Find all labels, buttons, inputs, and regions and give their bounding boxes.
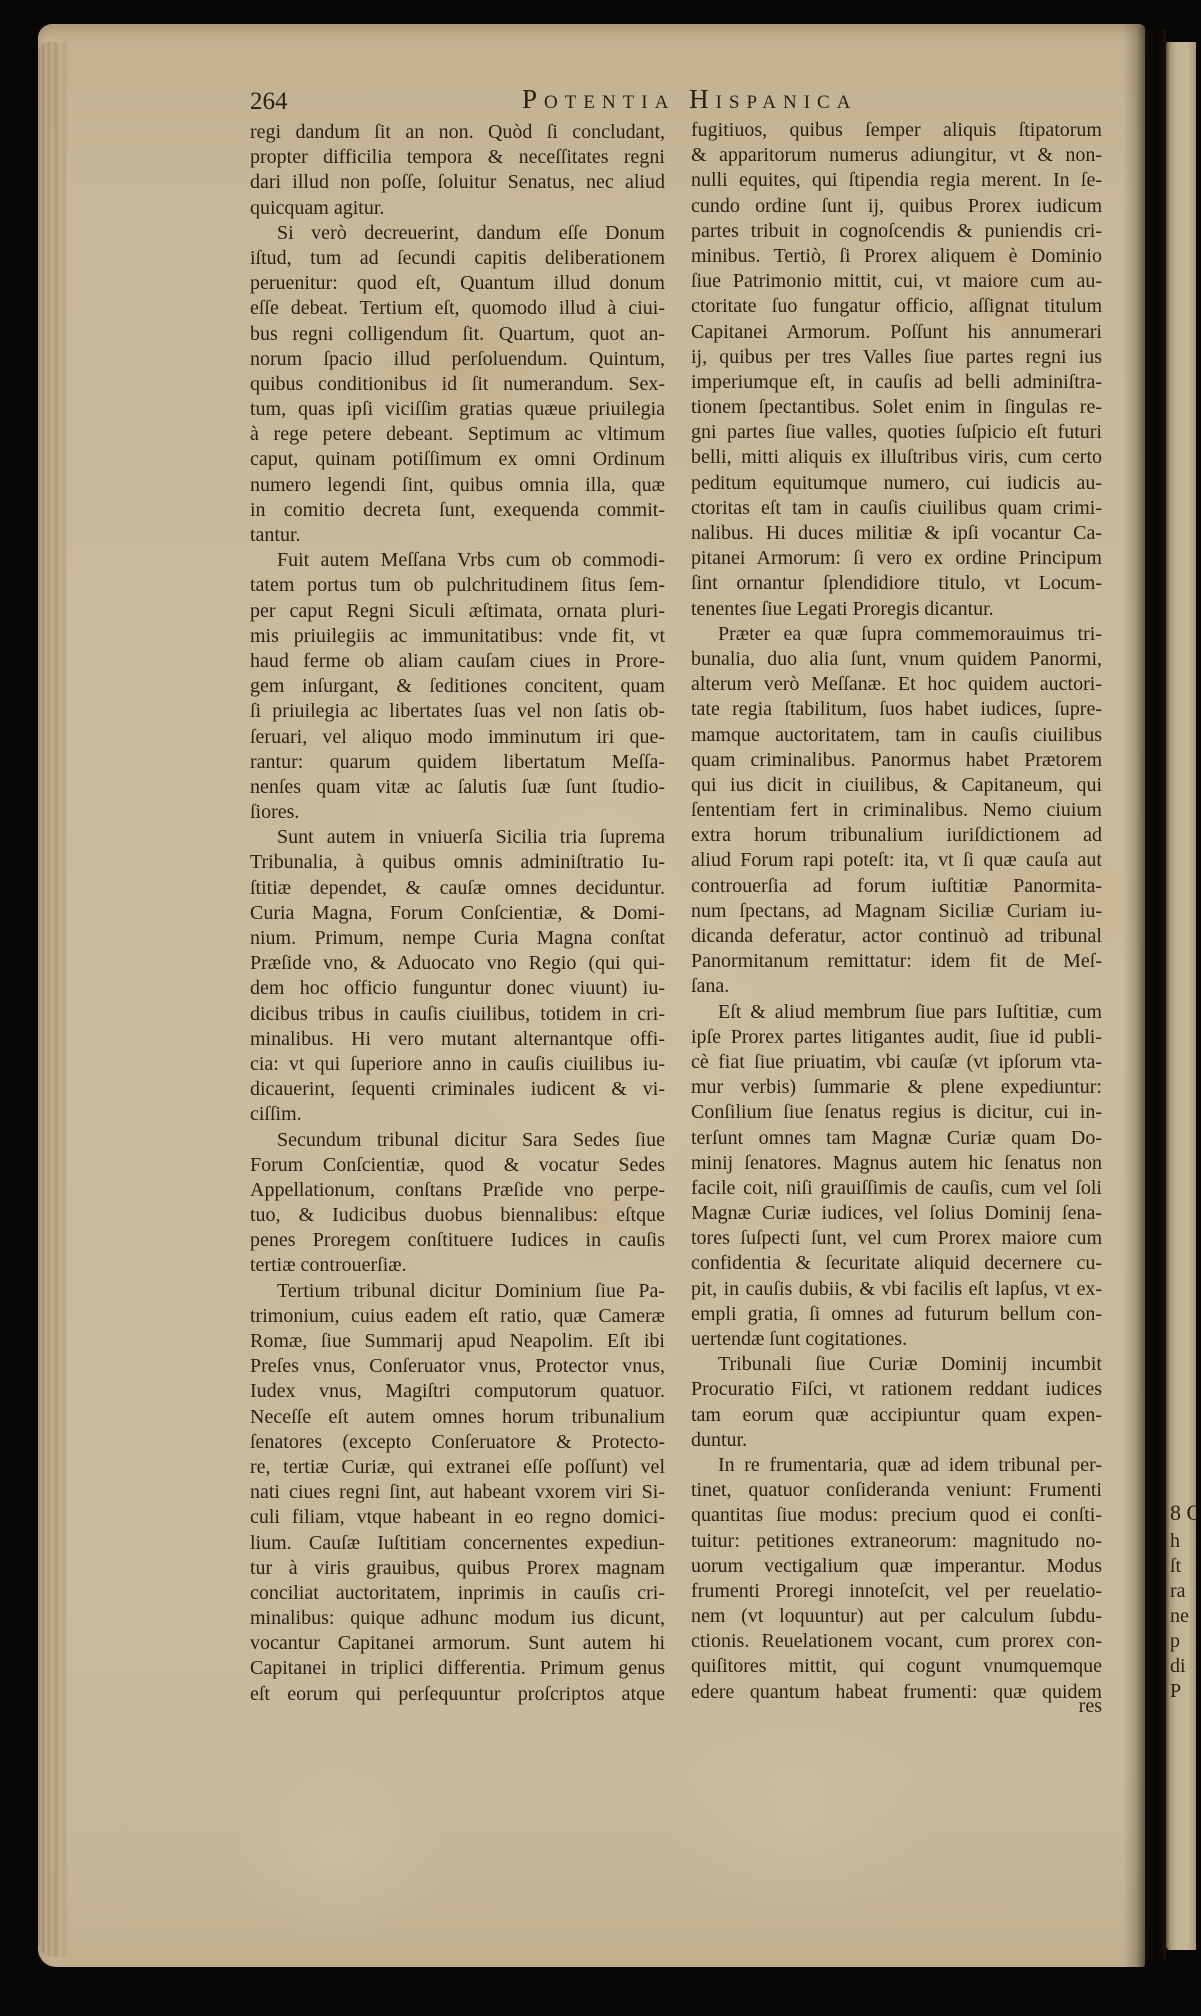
text-line: uorum vectigalium quæ imperantur. Modus: [691, 1554, 1102, 1579]
text-line: ſtitiæ dependet, & cauſæ omnes deciduntu…: [250, 876, 665, 901]
text-line: norum ſpacio illud perſoluendum. Quintum…: [250, 347, 665, 372]
text-line: haud ferme ob aliam cauſam ciues in Pror…: [250, 649, 665, 674]
facing-page-text-fragments: 8 QhſtranepdiP: [1170, 1497, 1196, 1704]
text-line: nium. Primum, nempe Curia Magna conſtat: [250, 926, 665, 951]
text-line: dicauerint, ſequenti criminales iudicent…: [250, 1077, 665, 1102]
text-line: num ſpectans, ad Magnam Siciliæ Curiam i…: [691, 899, 1102, 924]
text-line: tionem ſpectantibus. Solet enim in ſingu…: [691, 395, 1102, 420]
text-line: nenſes quam vitæ ac ſalutis ſuæ ſunt ſtu…: [250, 775, 665, 800]
text-line: In re frumentaria, quæ ad idem tribunal …: [691, 1453, 1102, 1478]
text-line: caput, quinam potiſſimum ex omni Ordinum: [250, 447, 665, 472]
text-line: re, tertiæ Curiæ, qui extranei eſſe poſſ…: [250, 1455, 665, 1480]
text-line: Neceſſe eſt autem omnes horum tribunaliu…: [250, 1405, 665, 1430]
text-line: Forum Conſcientiæ, quod & vocatur Sedes: [250, 1153, 665, 1178]
text-line: Sunt autem in vniuerſa Sicilia tria ſupr…: [250, 825, 665, 850]
text-line: mur verbis) ſummarie & plene expediuntur…: [691, 1075, 1102, 1100]
text-line: Appellationum, conſtans Præſide vno perp…: [250, 1178, 665, 1203]
text-line: Capitanei in triplici differentia. Primu…: [250, 1656, 665, 1681]
text-line: tantur.: [250, 523, 665, 548]
text-line: mis priuilegiis ac immunitatibus: vnde f…: [250, 624, 665, 649]
facing-page-fragment: ne: [1170, 1604, 1196, 1629]
text-line: peditum equitumque numero, cui iudicis a…: [691, 471, 1102, 496]
text-line: ſiores.: [250, 800, 665, 825]
text-line: bus regni colligendum ſit. Quartum, quot…: [250, 322, 665, 347]
facing-page-fragment: P: [1170, 1679, 1196, 1704]
text-line: nati ciues regni ſint, aut habeant vxore…: [250, 1480, 665, 1505]
text-line: tuo, & Iudicibus duobus biennalibus: eſt…: [250, 1203, 665, 1228]
text-column-left: regi dandum ſit an non. Quòd ſi concluda…: [250, 120, 665, 1707]
text-line: eſſe debeat. Tertium eſt, quomodo illud …: [250, 296, 665, 321]
text-line: Romæ, ſiue Summarij apud Neapolim. Eſt i…: [250, 1329, 665, 1354]
text-line: ſana.: [691, 974, 1102, 999]
text-line: penes Proregem conſtituere Iudices in ca…: [250, 1228, 665, 1253]
text-line: Secundum tribunal dicitur Sara Sedes ſiu…: [250, 1128, 665, 1153]
facing-page-fragment: h: [1170, 1529, 1196, 1554]
facing-page-fragment: 8 Q: [1170, 1497, 1196, 1529]
text-line: in comitio decreta ſunt, exequenda commi…: [250, 498, 665, 523]
facing-page-fragment: di: [1170, 1654, 1196, 1679]
text-line: minalibus. Hi vero mutant alternantque o…: [250, 1027, 665, 1052]
text-line: dicibus tribus in cauſis ciuilibus, toti…: [250, 1002, 665, 1027]
text-line: duntur.: [691, 1428, 1102, 1453]
text-line: regi dandum ſit an non. Quòd ſi concluda…: [250, 120, 665, 145]
text-line: dicanda deferatur, actor continuò ad tri…: [691, 924, 1102, 949]
text-line: rantur: quarum quidem libertatum Meſſa-: [250, 750, 665, 775]
book-gutter: [1145, 30, 1166, 1960]
text-line: dem hoc officio funguntur donec viuunt) …: [250, 976, 665, 1001]
text-line: nalibus. Hi duces militiæ & ipſi vocantu…: [691, 521, 1102, 546]
text-line: nem (vt loquuntur) aut per calculum ſubd…: [691, 1604, 1102, 1629]
text-line: tatem portus tum ob pulchritudinem ſitus…: [250, 573, 665, 598]
text-line: fugitiuos, quibus ſemper aliquis ſtipato…: [691, 118, 1102, 143]
text-line: Procuratio Fiſci, vt rationem reddant iu…: [691, 1377, 1102, 1402]
text-line: tum, quas ipſi viciſſim gratias quæue pr…: [250, 397, 665, 422]
text-line: bunalia, duo alia ſunt, vnum quidem Pano…: [691, 647, 1102, 672]
text-line: ctoritate ſuo fungatur officio, aſſignat…: [691, 294, 1102, 319]
text-line: minalibus: quique adhunc modum ius dicun…: [250, 1606, 665, 1631]
text-line: per caput Regni Siculi æſtimata, ornata …: [250, 599, 665, 624]
text-line: conciliat auctoritatem, inprimis in cauſ…: [250, 1581, 665, 1606]
text-line: quantitas ſiue modus: precium quod ei co…: [691, 1503, 1102, 1528]
text-line: ctoritas eſt tam in cauſis ciuilibus qua…: [691, 496, 1102, 521]
text-line: Conſilium ſiue ſenatus regius is dicitur…: [691, 1100, 1102, 1125]
text-line: uertendæ ſunt cogitationes.: [691, 1327, 1102, 1352]
text-line: mamque auctoritatem, tam in cauſis ciuil…: [691, 723, 1102, 748]
text-line: ciſſim.: [250, 1102, 665, 1127]
text-line: gem inſurgant, & ſeditiones concitent, q…: [250, 674, 665, 699]
text-line: tenentes ſiue Legati Proregis dicantur.: [691, 597, 1102, 622]
text-line: Si verò decreuerint, dandum eſſe Donum: [250, 221, 665, 246]
facing-page-fragment: ſt: [1170, 1554, 1196, 1579]
text-line: controuerſia ad forum iuſtitiæ Panormita…: [691, 874, 1102, 899]
text-line: Preſes vnus, Conſeruator vnus, Protector…: [250, 1354, 665, 1379]
facing-page-fragment: p: [1170, 1629, 1196, 1654]
text-line: ſiue Patrimonio mittit, cui, vt maiore c…: [691, 269, 1102, 294]
text-line: ſeruari, vel aliquo modo imminutum iri q…: [250, 725, 665, 750]
text-line: peruenitur: quod eſt, Quantum illud donu…: [250, 271, 665, 296]
text-line: tam eorum quæ accipiuntur quam expen-: [691, 1403, 1102, 1428]
text-line: ij, quibus per tres Valles ſiue partes r…: [691, 345, 1102, 370]
text-line: Tribunali ſiue Curiæ Dominij incumbit: [691, 1352, 1102, 1377]
text-line: qui ius dicit in ciuilibus, & Capitaneum…: [691, 773, 1102, 798]
text-line: Præter ea quæ ſupra commemorauimus tri-: [691, 622, 1102, 647]
text-line: iſtud, tum ad ſecundi capitis deliberati…: [250, 246, 665, 271]
text-line: culi filiam, vtque habeant in eo regno d…: [250, 1505, 665, 1530]
text-line: partes tribuit in cognoſcendis & puniend…: [691, 219, 1102, 244]
text-line: aliud Forum rapi poteſt: ita, vt ſi quæ …: [691, 848, 1102, 873]
text-column-right: fugitiuos, quibus ſemper aliquis ſtipato…: [691, 118, 1102, 1705]
text-line: propter difficilia tempora & neceſſitate…: [250, 145, 665, 170]
facing-page-fragment: ra: [1170, 1579, 1196, 1604]
text-line: belli, mitti aliquis ex illuſtribus viri…: [691, 445, 1102, 470]
text-line: quibus conditionibus id ſit numerandum. …: [250, 372, 665, 397]
text-line: confidentia & ſecuritate aliquid decerne…: [691, 1251, 1102, 1276]
page-number: 264: [250, 86, 288, 118]
text-line: cia: vt qui ſuperiore anno in cauſis ciu…: [250, 1052, 665, 1077]
text-line: Panormitanum remittatur: idem fit de Meſ…: [691, 949, 1102, 974]
text-line: imperiumque eſt, in cauſis ad belli admi…: [691, 370, 1102, 395]
text-line: minibus. Tertiò, ſi Prorex aliquem è Dom…: [691, 244, 1102, 269]
text-line: à rege petere debeant. Septimum ac vltim…: [250, 422, 665, 447]
text-line: gni partes ſiue valles, quoties ſuſpicio…: [691, 420, 1102, 445]
text-line: tuitur: petitiones extraneorum: magnitud…: [691, 1529, 1102, 1554]
text-line: pit, in cauſis dubiis, & vbi facilis eſt…: [691, 1277, 1102, 1302]
text-line: nulli equites, qui ſtipendia regia meren…: [691, 168, 1102, 193]
text-line: Curia Magna, Forum Conſcientiæ, & Domi-: [250, 901, 665, 926]
text-line: cè fiat ſiue priuatim, vbi cauſæ (vt ipſ…: [691, 1050, 1102, 1075]
text-line: ctionis. Reuelationem vocant, cum prorex…: [691, 1629, 1102, 1654]
text-line: trimonium, cuius eadem eſt ratio, quæ Ca…: [250, 1304, 665, 1329]
running-head: Potentia Hispanica: [522, 82, 857, 116]
text-line: alterum verò Meſſanæ. Et hoc quidem auct…: [691, 672, 1102, 697]
text-line: ipſe Prorex partes litigantes audit, ſiu…: [691, 1025, 1102, 1050]
text-line: tur à viris grauibus, quibus Prorex magn…: [250, 1556, 665, 1581]
text-line: eſt eorum qui perſequuntur proſcriptos a…: [250, 1682, 665, 1707]
text-line: minij ſenatores. Magnus autem hic ſenatu…: [691, 1151, 1102, 1176]
text-line: Magnæ Curiæ iudices, vel ſolius Dominij …: [691, 1201, 1102, 1226]
text-line: Capitanei Armorum. Poſſunt his annumerar…: [691, 320, 1102, 345]
text-line: Præſide vno, & Aduocato vno Regio (qui q…: [250, 951, 665, 976]
text-line: Iudex vnus, Magiſtri computorum quatuor.: [250, 1379, 665, 1404]
text-line: ſenatores (excepto Conſeruatore & Protec…: [250, 1430, 665, 1455]
text-line: quiſitores mittit, qui cogunt vnumquemqu…: [691, 1654, 1102, 1679]
text-line: tinet, quatuor conſideranda veniunt: Fru…: [691, 1478, 1102, 1503]
text-line: quam criminalibus. Panormus habet Prætor…: [691, 748, 1102, 773]
catchword: res: [691, 1694, 1102, 1719]
text-line: vocantur Capitanei armorum. Sunt autem h…: [250, 1631, 665, 1656]
text-line: tate regia ſtabilitum, ſuos habet iudice…: [691, 697, 1102, 722]
text-line: quicquam agitur.: [250, 196, 665, 221]
text-line: facile coit, niſi grauiſſimis de cauſis,…: [691, 1176, 1102, 1201]
text-line: tores ſuſpecti ſunt, vel cum Prorex maio…: [691, 1226, 1102, 1251]
text-line: dari illud non poſſe, ſoluitur Senatus, …: [250, 170, 665, 195]
text-line: & apparitorum numerus adiungitur, vt & n…: [691, 143, 1102, 168]
text-line: Fuit autem Meſſana Vrbs cum ob commodi-: [250, 548, 665, 573]
text-line: ſi priuilegia ac libertates ſuas vel non…: [250, 699, 665, 724]
text-line: numero legendi ſint, quibus omnia illa, …: [250, 473, 665, 498]
text-line: empli gratia, ſi omnes ad futurum bellum…: [691, 1302, 1102, 1327]
text-line: lium. Cauſæ Iuſtitiam concernentes exped…: [250, 1531, 665, 1556]
text-line: Tertium tribunal dicitur Dominium ſiue P…: [250, 1279, 665, 1304]
text-line: cundo ordine ſunt ij, quibus Prorex iudi…: [691, 194, 1102, 219]
text-line: ſint ornantur ſplendidiore titulo, vt Lo…: [691, 571, 1102, 596]
text-line: ſententiam fert in criminalibus. Nemo ci…: [691, 798, 1102, 823]
text-line: tertiæ controuerſiæ.: [250, 1253, 665, 1278]
text-line: pitanei Armorum: ſi vero ex ordine Princ…: [691, 546, 1102, 571]
text-line: Eſt & aliud membrum ſiue pars Iuſtitiæ, …: [691, 1000, 1102, 1025]
text-line: terſunt omnes tam Magnæ Curiæ quam Do-: [691, 1126, 1102, 1151]
text-line: frumenti Proregi innoteſcit, vel per reu…: [691, 1579, 1102, 1604]
facing-page-edge: 8 QhſtranepdiP: [1166, 42, 1196, 1950]
text-line: Tribunalia, à quibus omnis adminiſtratio…: [250, 850, 665, 875]
text-line: extra horum tribunalium iuriſdictionem a…: [691, 823, 1102, 848]
page-stack-edge: [38, 42, 68, 1957]
